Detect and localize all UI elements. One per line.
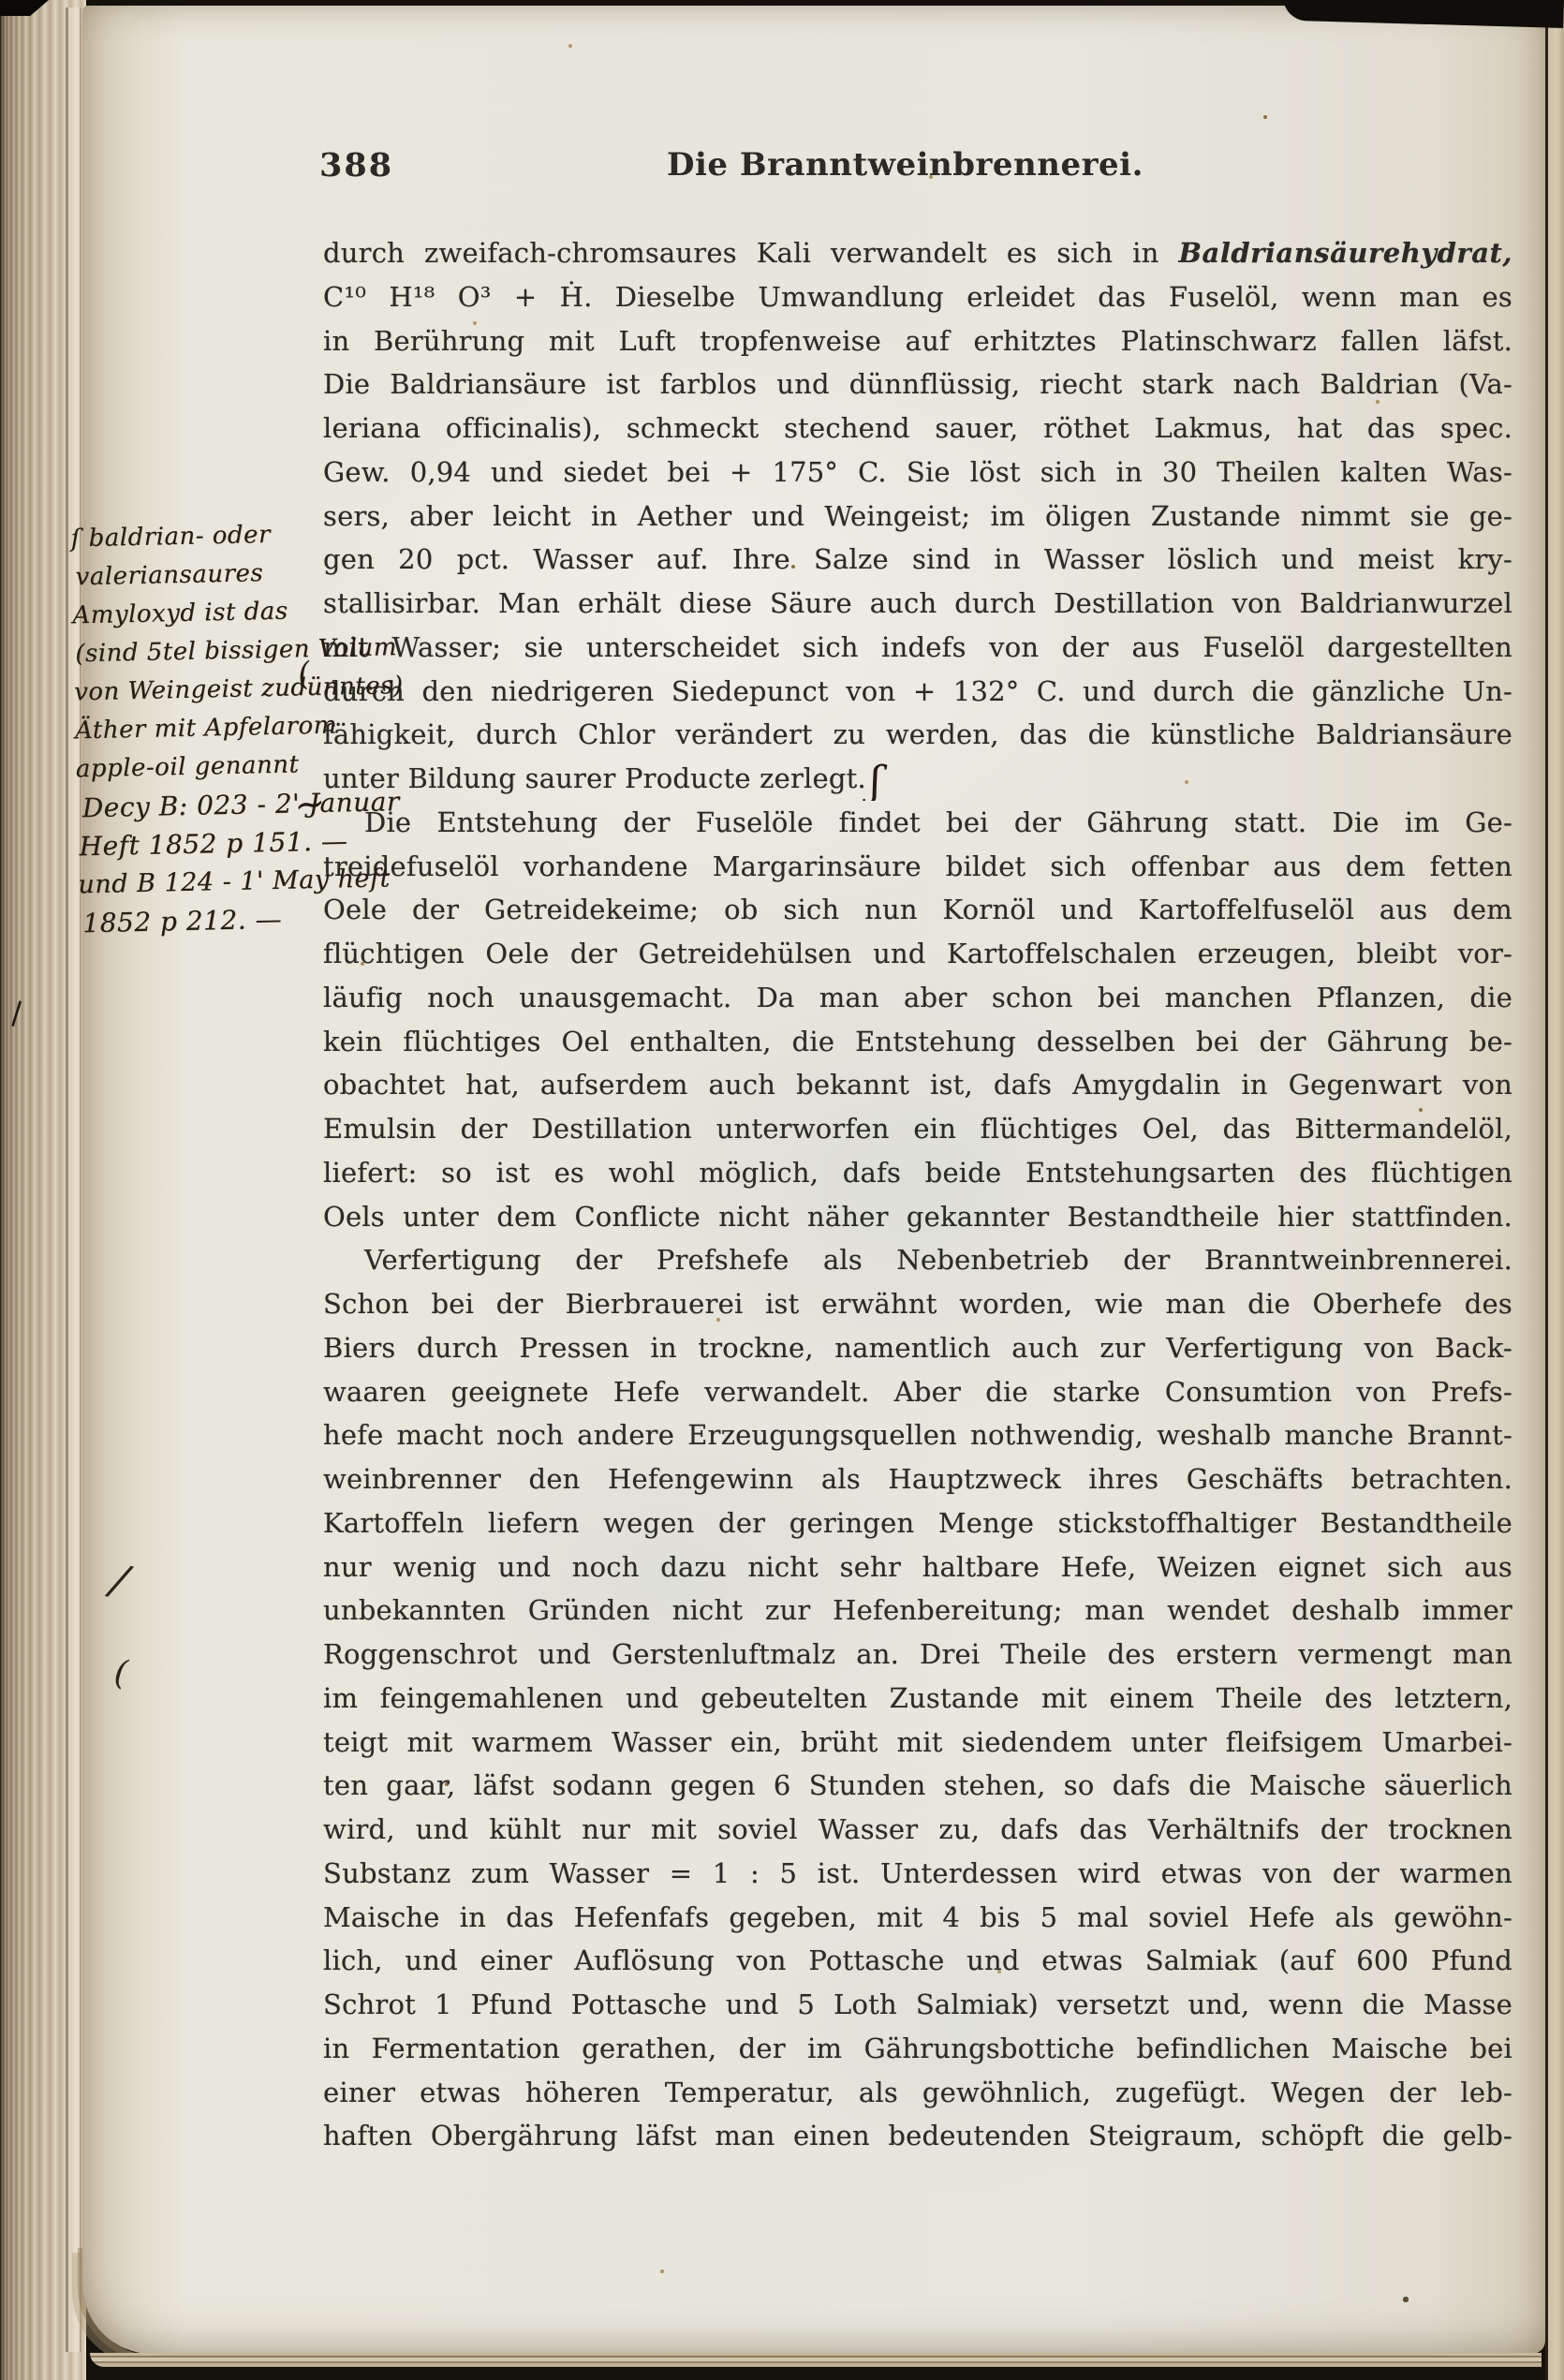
text-line: obachtet hat, aufserdem auch bekannt ist… xyxy=(323,1063,1512,1107)
text-line: Maische in das Hefenfafs gegeben, mit 4 … xyxy=(323,1896,1512,1940)
text-segment: Verfertigung der Prefshefe als Nebenbetr… xyxy=(364,1244,1512,1276)
text-line: flüchtigen Oele der Getreidehülsen und K… xyxy=(323,932,1512,976)
margin-note-line: Decy B: 023 - 2' Januar xyxy=(76,783,376,828)
text-segment: treidefuselöl vorhandene Margarinsäure b… xyxy=(323,850,1512,882)
text-line: Substanz zum Wasser = 1 : 5 ist. Unterde… xyxy=(323,1852,1512,1896)
text-segment: nur wenig und noch dazu nicht sehr haltb… xyxy=(323,1551,1512,1583)
text-segment: Emulsin der Destillation unterworfen ein… xyxy=(323,1113,1512,1145)
text-line: Roggenschrot und Gerstenluftmalz an. Dre… xyxy=(323,1633,1512,1677)
bottom-page-edges xyxy=(90,2353,1542,2367)
text-segment: in Berührung mit Luft tropfenweise auf e… xyxy=(323,325,1512,357)
text-line: Verfertigung der Prefshefe als Nebenbetr… xyxy=(323,1238,1512,1282)
text-line: Emulsin der Destillation unterworfen ein… xyxy=(323,1107,1512,1151)
text-line: leriana officinalis), schmeckt stechend … xyxy=(323,407,1512,451)
text-segment: durch zweifach-chromsaures Kali verwande… xyxy=(323,237,1179,269)
text-line: weinbrenner den Hefengewinn als Hauptzwe… xyxy=(323,1457,1512,1501)
text-line: Gew. 0,94 und siedet bei + 175° C. Sie l… xyxy=(323,451,1512,495)
text-line: hefe macht noch andere Erzeugungsquellen… xyxy=(323,1413,1512,1457)
text-line: haften Obergährung läfst man einen bedeu… xyxy=(323,2114,1512,2158)
text-segment: leriana officinalis), schmeckt stechend … xyxy=(323,412,1512,444)
page-edge-line xyxy=(66,7,81,2352)
page-number: 388 xyxy=(319,146,393,185)
text-segment: Die Baldriansäure ist farblos und dünnfl… xyxy=(323,368,1512,400)
handwritten-margin-note: ſ baldrian- odervaleriansauresAmyloxyd i… xyxy=(70,514,378,943)
text-segment: unbekannten Gründen nicht zur Hefenberei… xyxy=(323,1594,1512,1626)
text-line: liefert: so ist es wohl möglich, dafs be… xyxy=(323,1151,1512,1195)
text-line: waaren geeignete Hefe verwandelt. Aber d… xyxy=(323,1370,1512,1414)
paper-specks xyxy=(82,6,84,7)
text-segment: kein flüchtiges Oel enthalten, die Entst… xyxy=(323,1026,1512,1057)
text-segment: ten gaar, läfst sodann gegen 6 Stunden s… xyxy=(323,1769,1512,1801)
text-segment: Biers durch Pressen in trockne, namentli… xyxy=(323,1332,1512,1364)
text-segment: weinbrenner den Hefengewinn als Hauptzwe… xyxy=(323,1463,1512,1495)
text-segment: Schon bei der Bierbrauerei ist erwähnt w… xyxy=(323,1288,1512,1320)
text-line: Schon bei der Bierbrauerei ist erwähnt w… xyxy=(323,1282,1512,1326)
body-text: durch zweifach-chromsaures Kali verwande… xyxy=(323,231,1512,2158)
text-line: treidefuselöl vorhandene Margarinsäure b… xyxy=(323,845,1512,889)
text-segment: durch den niedrigeren Siedepunct von + 1… xyxy=(323,675,1512,707)
text-line: Schrot 1 Pfund Pottasche und 5 Loth Salm… xyxy=(323,1983,1512,2027)
text-line: teigt mit warmem Wasser ein, brüht mit s… xyxy=(323,1721,1512,1765)
text-segment: gen 20 pct. Wasser auf. Ihre Salze sind … xyxy=(323,543,1512,575)
text-segment: flüchtigen Oele der Getreidehülsen und K… xyxy=(323,938,1512,969)
text-line: Oels unter dem Conflicte nicht näher gek… xyxy=(323,1195,1512,1239)
text-line: Oele der Getreidekeime; ob sich nun Korn… xyxy=(323,888,1512,932)
text-line: gen 20 pct. Wasser auf. Ihre Salze sind … xyxy=(323,538,1512,582)
text-segment: läufig noch unausgemacht. Da man aber sc… xyxy=(323,982,1512,1013)
margin-note-line: valeriansaures xyxy=(71,553,372,598)
text-segment: in Fermentation gerathen, der im Gährung… xyxy=(323,2033,1512,2064)
ink-mark-tilde: ~ xyxy=(291,781,329,828)
margin-note-line: Amyloxyd ist das xyxy=(72,591,373,636)
text-line: läufig noch unausgemacht. Da man aber sc… xyxy=(323,976,1512,1020)
margin-note-line: Heft 1852 p 151. — xyxy=(77,821,377,866)
text-line: im feingemahlenen und gebeutelten Zustan… xyxy=(323,1677,1512,1721)
text-segment: mit Wasser; sie unterscheidet sich indef… xyxy=(323,631,1512,663)
text-line: unter Bildung saurer Producte zerlegt.ʃ xyxy=(323,757,1512,801)
text-segment: Substanz zum Wasser = 1 : 5 ist. Unterde… xyxy=(323,1857,1512,1889)
text-line: durch den niedrigeren Siedepunct von + 1… xyxy=(323,670,1512,714)
text-segment: einer etwas höheren Temperatur, als gewö… xyxy=(323,2077,1512,2108)
text-segment: obachtet hat, aufserdem auch bekannt ist… xyxy=(323,1069,1512,1101)
text-segment: hefe macht noch andere Erzeugungsquellen… xyxy=(323,1419,1512,1451)
text-line: C¹⁰ H¹⁸ O³ + Ḣ. Dieselbe Umwandlung erle… xyxy=(323,275,1512,319)
text-line: in Fermentation gerathen, der im Gährung… xyxy=(323,2027,1512,2071)
text-segment: haften Obergährung läfst man einen bedeu… xyxy=(323,2120,1512,2151)
text-line: Kartoffeln liefern wegen der geringen Me… xyxy=(323,1501,1512,1545)
text-line: lich, und einer Auflösung von Pottasche … xyxy=(323,1939,1512,1983)
text-line: in Berührung mit Luft tropfenweise auf e… xyxy=(323,319,1512,363)
text-segment: Kartoffeln liefern wegen der geringen Me… xyxy=(323,1507,1512,1539)
text-line: sers, aber leicht in Aether und Weingeis… xyxy=(323,495,1512,539)
text-segment: waaren geeignete Hefe verwandelt. Aber d… xyxy=(323,1376,1512,1408)
margin-note-line: Äther mit Apfelarom xyxy=(75,706,376,751)
text-segment: stallisirbar. Man erhält diese Säure auc… xyxy=(323,587,1512,619)
text-segment: C¹⁰ H¹⁸ O³ + Ḣ. Dieselbe Umwandlung erle… xyxy=(323,281,1512,313)
text-line: einer etwas höheren Temperatur, als gewö… xyxy=(323,2071,1512,2115)
text-segment: Baldriansäurehydrat, xyxy=(1179,237,1512,269)
text-line: Die Baldriansäure ist farblos und dünnfl… xyxy=(323,362,1512,407)
text-segment: Oele der Getreidekeime; ob sich nun Korn… xyxy=(323,894,1512,925)
text-segment: teigt mit warmem Wasser ein, brüht mit s… xyxy=(323,1726,1512,1758)
text-segment: sers, aber leicht in Aether und Weingeis… xyxy=(323,500,1512,532)
text-segment: Gew. 0,94 und siedet bei + 175° C. Sie l… xyxy=(323,456,1512,488)
text-segment: lich, und einer Auflösung von Pottasche … xyxy=(323,1944,1512,1976)
margin-note-line: apple-oil genannt xyxy=(75,745,376,790)
text-line: durch zweifach-chromsaures Kali verwande… xyxy=(323,231,1512,275)
text-segment: fähigkeit, durch Chlor verändert zu werd… xyxy=(323,718,1512,750)
margin-note-line: (sind 5tel bissigen Volum xyxy=(73,629,374,674)
text-line: wird, und kühlt nur mit soviel Wasser zu… xyxy=(323,1808,1512,1852)
text-line: ten gaar, läfst sodann gegen 6 Stunden s… xyxy=(323,1764,1512,1808)
text-segment: Oels unter dem Conflicte nicht näher gek… xyxy=(323,1201,1512,1233)
text-segment: Die Entstehung der Fuselöle findet bei d… xyxy=(364,806,1512,838)
text-segment: unter Bildung saurer Producte zerlegt. xyxy=(323,762,866,794)
text-segment: Roggenschrot und Gerstenluftmalz an. Dre… xyxy=(323,1638,1512,1670)
text-line: Die Entstehung der Fuselöle findet bei d… xyxy=(323,801,1512,845)
text-segment: liefert: so ist es wohl möglich, dafs be… xyxy=(323,1157,1512,1189)
right-page-edge-strip xyxy=(1545,0,1564,2380)
text-line: kein flüchtiges Oel enthalten, die Entst… xyxy=(323,1020,1512,1064)
text-line: nur wenig und noch dazu nicht sehr haltb… xyxy=(323,1545,1512,1589)
text-segment: Maische in das Hefenfafs gegeben, mit 4 … xyxy=(323,1901,1512,1933)
text-line: unbekannten Gründen nicht zur Hefenberei… xyxy=(323,1589,1512,1633)
text-segment: wird, und kühlt nur mit soviel Wasser zu… xyxy=(323,1813,1512,1845)
text-line: mit Wasser; sie unterscheidet sich indef… xyxy=(323,626,1512,670)
running-header-title: Die Branntweinbrennerei. xyxy=(667,146,1143,184)
text-line: fähigkeit, durch Chlor verändert zu werd… xyxy=(323,713,1512,757)
margin-note-line: ſ baldrian- oder xyxy=(70,514,371,559)
handwritten-inline-mark: ʃ xyxy=(870,758,881,801)
text-segment: im feingemahlenen und gebeutelten Zustan… xyxy=(323,1682,1512,1714)
text-segment: Schrot 1 Pfund Pottasche und 5 Loth Salm… xyxy=(323,1988,1512,2020)
margin-note-line: und B 124 - 1' May heft xyxy=(78,860,378,905)
text-line: Biers durch Pressen in trockne, namentli… xyxy=(323,1326,1512,1370)
text-line: stallisirbar. Man erhält diese Säure auc… xyxy=(323,582,1512,626)
margin-note-line: 1852 p 212. — xyxy=(79,898,379,943)
margin-note-line: von Weingeist zudünntes) xyxy=(74,668,375,713)
scanned-book-page: 388 Die Branntweinbrennerei. durch zweif… xyxy=(0,0,1564,2380)
